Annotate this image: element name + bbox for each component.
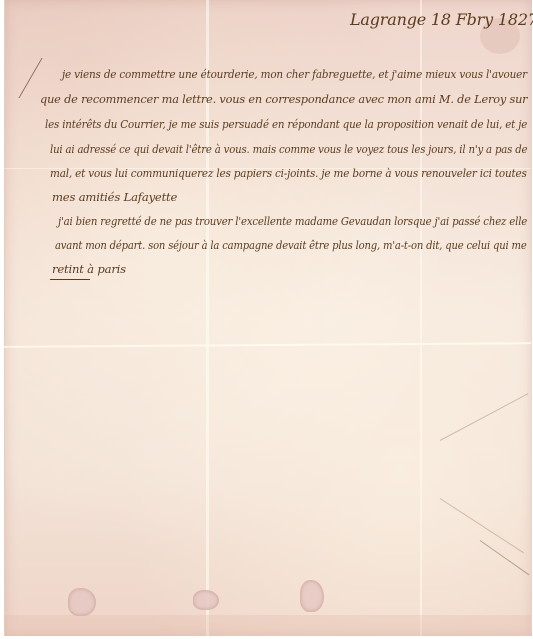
closing-underline [50, 279, 90, 280]
paper-stain [68, 588, 96, 616]
letter-line: retint à paris [52, 262, 126, 276]
letter-line: avant mon départ. son séjour à la campag… [55, 238, 527, 252]
letter-line: je viens de commettre une étourderie, mo… [62, 67, 527, 81]
paper-discoloration [4, 615, 531, 636]
letter-line: que de recommencer ma lettre. vous en co… [40, 92, 527, 106]
letter-place-date: Lagrange 18 Fbry 1827 [350, 10, 533, 29]
paper-stain [193, 590, 219, 610]
letter-line: lui ai adressé ce qui devait l'être à vo… [50, 142, 527, 156]
letter-line: les intérêts du Courrier, je me suis per… [45, 117, 527, 131]
letter-line: j'ai bien regretté de ne pas trouver l'e… [58, 214, 527, 228]
letter-closing-signature: mes amitiés Lafayette [52, 190, 177, 204]
paper-stain [300, 580, 324, 612]
letter-line: mal, et vous lui communiquerez les papie… [50, 166, 527, 180]
